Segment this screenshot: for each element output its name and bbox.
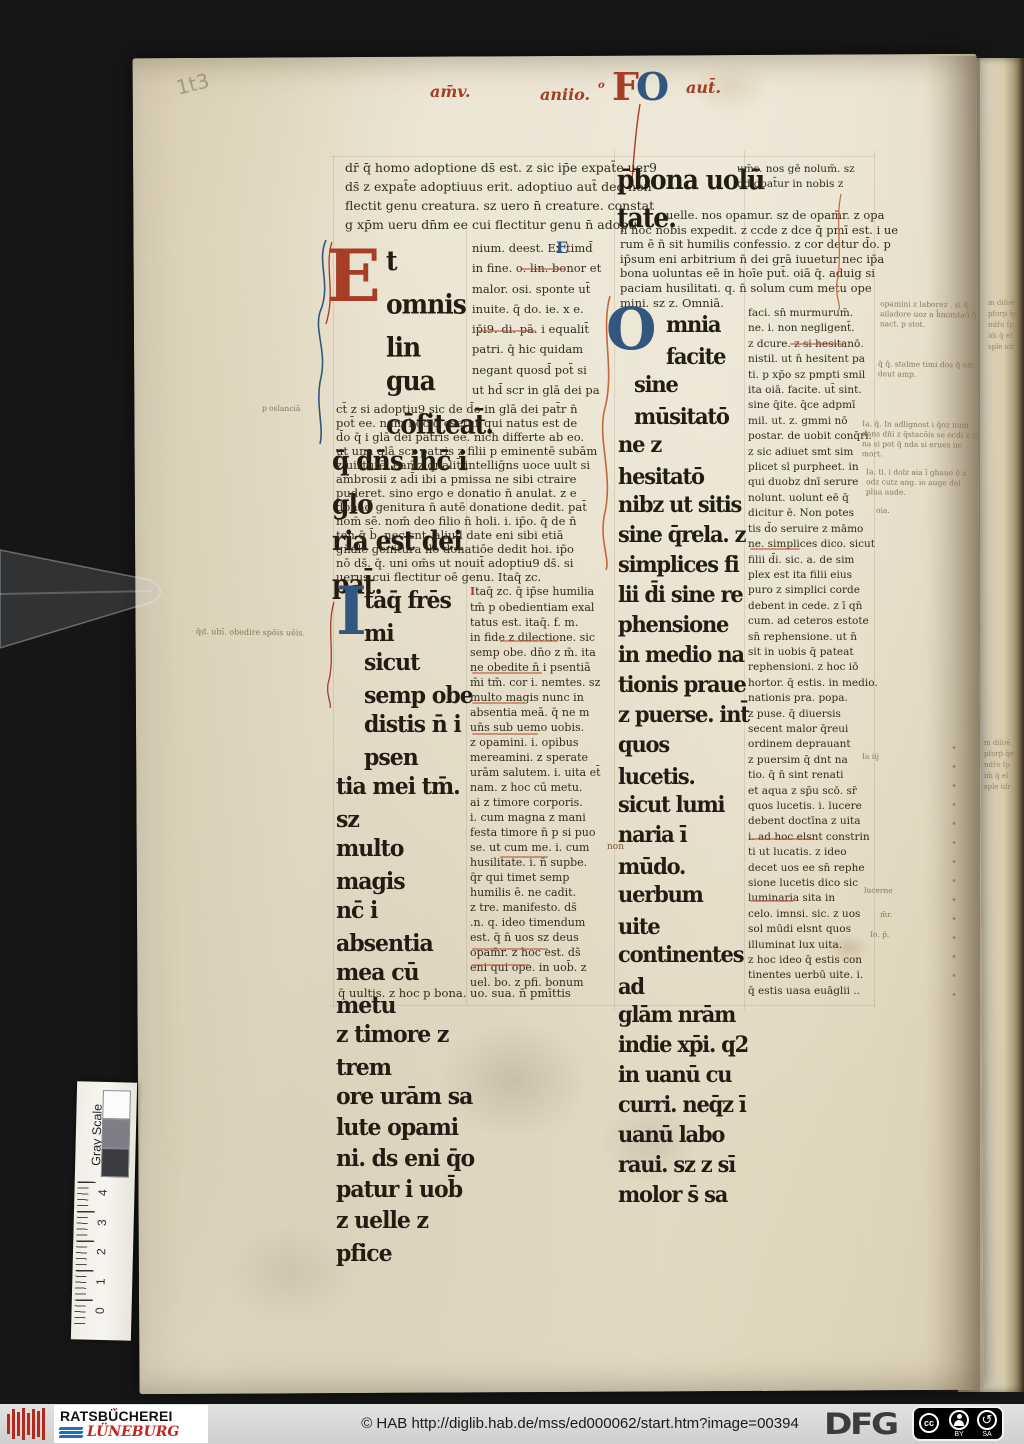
text-line: ndr̄o ſp xyxy=(984,760,1022,771)
text-line: ordinem deprauant xyxy=(748,737,874,752)
text-line: tia mei tm̄. sz xyxy=(336,770,476,837)
text-line: d̄o q̄ i glā dei patris ee. nich differt… xyxy=(336,430,636,444)
marginal-flourish xyxy=(833,192,845,312)
text-line: pforṗ q̄e xyxy=(984,749,1022,760)
page-curve-shadow xyxy=(925,56,980,1392)
text-line: distis n̄ i psen xyxy=(336,708,476,775)
inline-initial-Ex: E xyxy=(556,240,568,256)
text-line: sine mūsitatō xyxy=(618,368,750,433)
text-line: est. q̄ n̄ uos sz deus xyxy=(470,930,625,945)
library-name-line2: LÜNEBURG xyxy=(87,1424,179,1440)
text-line: plex est ita filii eius xyxy=(748,568,874,583)
marginal-note-right: Ia iij xyxy=(862,752,902,763)
text-line: cum. ad ceteros estote xyxy=(748,614,874,629)
text-line: sine q̄ite. q̄ce adpmī xyxy=(748,398,874,413)
text-line: m diſoē xyxy=(984,738,1022,749)
text-line: plicet sl purpheet. in xyxy=(748,460,874,475)
text-line: um̄s. nos gē nolum̄. sz xyxy=(737,162,897,177)
text-line: .n. q. ideo timendum xyxy=(470,915,625,930)
text-line: uanū labo xyxy=(618,1118,750,1150)
cc-by-person-icon xyxy=(949,1410,969,1430)
text-line: molor s̄ sa xyxy=(618,1178,750,1210)
text-line: urām salutem. i. uita et̄ xyxy=(470,765,625,780)
text-line: nc̄ i absentia xyxy=(336,894,476,961)
text-line: raui. sz z sī xyxy=(618,1148,750,1180)
text-line: ne z hesitatō xyxy=(618,428,750,493)
text-line: lii d̄i sine re xyxy=(618,578,750,610)
text-line: ut una glā scr patris z filii p eminentē… xyxy=(336,444,636,458)
text-line: im̄ q̄ el xyxy=(988,331,1022,342)
text-line: hortor. q̄ estis. in medio. xyxy=(748,676,874,691)
text-line: ten q̄ b̄. nec snt. aliud date eni sibi … xyxy=(336,528,636,542)
running-header-right: aut̄. xyxy=(686,78,721,97)
text-line: in uanū cu xyxy=(618,1058,750,1090)
text-line: ct̄ z si adoptiu9 sic de d̄o in glā dei … xyxy=(336,402,636,416)
initial-O-filigree xyxy=(598,292,618,572)
text-line: puderet. sino ergo e donatio n̄ anulat. … xyxy=(336,486,636,500)
ratsbuecherei-bars-icon xyxy=(7,1408,51,1440)
marginal-note-right: Ia. ti. i dolz aia ī gbaue ē z odz cutz … xyxy=(866,467,978,499)
text-line: tinentes uerbū uite. i. xyxy=(748,968,874,983)
ruling-line xyxy=(330,156,875,157)
text-line: pforṗ q̄e xyxy=(988,309,1022,320)
text-line: m̄i tm̄. cor i. nemtes. sz xyxy=(470,675,625,690)
red-underline xyxy=(520,268,566,270)
text-line: z uirtutē. eam̄z qualit̄ intelliḡns uoce… xyxy=(336,458,636,472)
text-line: celo. imnsi. sic. z uos xyxy=(748,907,874,922)
marginal-note-right: opamini z laborez . si q̄. ailadore uoz … xyxy=(880,299,992,331)
marginal-note-right: Ia. q̄. In adlignost i q̄oz num dans dn̄… xyxy=(862,419,981,461)
facing-page-text-fragments: m diſoēpforṗ q̄endr̄o ſpim̄ q̄ elsple id… xyxy=(988,298,1022,558)
text-line: postar. de uobit conq̄ri. xyxy=(748,429,874,444)
text-line: indie xp̄i. q2 xyxy=(618,1028,750,1060)
gloss-column-right-block: faci. sn̄ murmurum̄.ne. i. non negligent… xyxy=(748,306,874,999)
marginal-note-right: Io. p̄. xyxy=(870,930,906,941)
text-line: donad̄ genitura n̄ autē donatione dedit.… xyxy=(336,500,636,514)
text-line: phensione xyxy=(618,608,750,640)
text-line: nistil. ut n̄ hesitent pa xyxy=(748,352,874,367)
text-line: im̄ q̄ el xyxy=(984,771,1022,782)
red-underline xyxy=(472,733,538,735)
text-line: pot̄ ee. nam hoc q̄ csetur qui natus est… xyxy=(336,416,636,430)
red-underline xyxy=(476,330,536,332)
text-line: Itaq̄ zc. q̄ ip̄se humilia xyxy=(470,584,625,600)
text-line: decet uos ee sn̄ rephe xyxy=(748,861,874,876)
running-header-left: am̄v. xyxy=(430,82,471,101)
bible-text-column-left-block2: taq̄ frēs misicut semp obedistis n̄ i ps… xyxy=(336,584,476,1266)
commentary-top-block: dr̄ q̄ homo adoptione ds̄ est. z sic ip̄… xyxy=(345,158,645,234)
marginal-note-right: oia. xyxy=(876,506,916,517)
text-line: nationis pra. popa. xyxy=(748,691,874,706)
text-line: t omnis lin xyxy=(332,240,477,370)
text-line: ne. i. non negligent̄. xyxy=(748,321,874,336)
running-title-initial-blue: O xyxy=(636,68,669,106)
text-line: quos lucetis. i. lucere xyxy=(748,799,874,814)
text-line: z tre. manifesto. ds̄ xyxy=(470,900,625,915)
cc-icon: cc xyxy=(919,1413,939,1433)
text-line: sol mūdi elsnt quos xyxy=(748,922,874,937)
text-line: et aqua z sp̄u scō. sr̄ xyxy=(748,784,874,799)
facing-page-text-fragments: m diſoēpforṗ q̄endr̄o ſpim̄ q̄ elsple id… xyxy=(984,738,1022,1058)
red-underline xyxy=(790,343,844,345)
text-line: simplices fi xyxy=(618,548,750,580)
page-holder-clip xyxy=(0,542,182,660)
text-line: quos lucetis. xyxy=(618,728,750,793)
red-underline xyxy=(750,548,800,550)
text-line: ne. simplices dico. sicut xyxy=(748,537,874,552)
text-line: z puersim q̄ dnt na xyxy=(748,753,874,768)
commentary-mid-block: ct̄ z si adoptiu9 sic de d̄o in glā dei … xyxy=(336,402,636,584)
gray-swatch-mid xyxy=(102,1119,131,1149)
text-line: humilis ē. ne cadit. xyxy=(470,885,625,900)
text-line: ai z timore corporis. xyxy=(470,795,625,810)
text-line: taq̄ frēs mi xyxy=(336,584,476,651)
text-line: continentes ad xyxy=(618,938,750,1003)
text-line: z puerse. int̄ xyxy=(618,698,750,730)
text-line: 1 xyxy=(93,1271,123,1292)
ruler-numbers: 43210 xyxy=(97,1178,121,1326)
running-title-initial-red: F xyxy=(612,68,639,106)
bible-text-column-right-block: mnia facitesine mūsitatōne z hesitatōnib… xyxy=(618,308,750,1208)
text-line: nō ds̄. q̄. uni om̄s ut nouit̄ adoptiu9 … xyxy=(336,556,636,570)
cc-sa-label: SA xyxy=(977,1431,997,1438)
text-line: nolunt. uolunt eē q̄ xyxy=(748,491,874,506)
text-line: secent malor q̄reui xyxy=(748,722,874,737)
gray-swatch-white xyxy=(102,1090,131,1120)
red-underline xyxy=(472,964,530,966)
library-logo: RATSBÜCHEREI ¨ LÜNEBURG xyxy=(54,1405,208,1443)
text-line: dr̄ q̄ homo adoptione ds̄ est. z sic ip̄… xyxy=(345,158,645,177)
text-line: debent doctīna z uita xyxy=(748,814,874,829)
text-line: z sic adiuet smt sim xyxy=(748,445,874,460)
marginal-note-right: lucerne xyxy=(864,886,914,897)
running-header-tiny-letter: o xyxy=(598,80,605,91)
red-underline xyxy=(472,702,524,704)
text-line: semp obe. dn̄o z m̄. ita xyxy=(470,645,625,660)
text-line: curri. neq̄z ī xyxy=(618,1088,750,1120)
text-line: 4 xyxy=(95,1183,125,1204)
text-line: z hoc ideo q̄ estis con xyxy=(748,953,874,968)
text-line: z puse. q̄ diuersis xyxy=(748,707,874,722)
text-line: ore urām sa xyxy=(336,1080,476,1113)
text-line: g xp̄m ueru dn̄m ee cui flectitur genu n… xyxy=(345,215,645,234)
red-underline xyxy=(750,838,814,840)
text-line: z timore z trem xyxy=(336,1018,476,1085)
text-line: uel. bo. z pfi. bonum xyxy=(470,975,625,990)
text-line: q̄r qui timet semp xyxy=(470,870,625,885)
text-line: q̄ estis uasa euāglii .. xyxy=(748,984,874,999)
text-line: sple idr xyxy=(984,782,1022,793)
text-line: sit in uobis q̄ pateat xyxy=(748,645,874,660)
text-line: absentia meā. q̄ ne m xyxy=(470,705,625,720)
text-line: dd opat̄ur in nobis z xyxy=(737,177,897,192)
text-line: sione lucetis dico sic xyxy=(748,876,874,891)
text-line: eni qui ope. in uob̄. z xyxy=(470,960,625,975)
text-line: sine q̄rela. z xyxy=(618,518,750,550)
text-line: tatus est. itaq̄. f. m. xyxy=(470,615,625,630)
text-line: ds̄ z expat̄e adoptiuus erit. adoptiuo a… xyxy=(345,177,645,196)
text-line: puro z simplici corde xyxy=(748,583,874,598)
text-line: ni. ds eni q̄o xyxy=(336,1142,476,1175)
text-line: flectit genu creatura. sz uero n̄ creatu… xyxy=(345,196,645,215)
text-line: mereamini. z sperate xyxy=(470,750,625,765)
text-line: nam. z hoc cū metu. xyxy=(470,780,625,795)
text-line: filii d̄i. sic. a. de sim xyxy=(748,553,874,568)
gray-swatch-dark xyxy=(101,1148,130,1178)
text-line: ndr̄o ſp xyxy=(988,320,1022,331)
gray-scale-ruler: Gray Scale 43210 xyxy=(71,1081,137,1340)
text-line: lute opami xyxy=(336,1111,476,1144)
text-line: nom̄ sē. nom̄ deo filio n̄ holi. i. ip̄o… xyxy=(336,514,636,528)
text-line: 2 xyxy=(94,1242,124,1263)
copyright-url-text: © HAB http://diglib.hab.de/mss/ed000062/… xyxy=(361,1415,799,1432)
text-line: uerbum uite xyxy=(618,878,750,943)
text-line: ambrosii z ad̄i ibi a pmissa ne sibi ctr… xyxy=(336,472,636,486)
text-line: mnia facite xyxy=(618,308,750,373)
text-line: sn̄ rephensione. ut n̄ xyxy=(748,630,874,645)
running-header-center: aniio. xyxy=(540,85,590,104)
text-line: festa timore n̄ p si puo xyxy=(470,825,625,840)
text-line: 3 xyxy=(95,1212,125,1233)
cc-by-label: BY xyxy=(949,1431,969,1438)
cc-sa-arrow-icon: ↺ xyxy=(977,1410,997,1430)
marginal-note-left: q̄d. ubī. obedire spōis uēis. xyxy=(196,627,336,639)
text-line: glām nrām xyxy=(618,998,750,1030)
text-line: multo magis xyxy=(336,832,476,899)
red-underline xyxy=(750,900,794,902)
text-line: ita oiā. facite. ut̄ sint. xyxy=(748,383,874,398)
text-line: tio. q̄ n̄ sint renati xyxy=(748,768,874,783)
red-underline xyxy=(472,948,548,950)
marginal-note-right: m̄r. xyxy=(880,910,910,920)
text-line: z uelle z pfice xyxy=(336,1204,476,1271)
red-underline xyxy=(500,856,548,858)
text-line: z opamini. i. opibus xyxy=(470,735,625,750)
text-line: qui duobz dnī serure xyxy=(748,475,874,490)
text-line: sicut semp obe xyxy=(336,646,476,713)
text-line: in medio na xyxy=(618,638,750,670)
text-line: sple idr xyxy=(988,342,1022,353)
red-underline xyxy=(500,640,558,642)
text-line: tm̄ p obedientiam exal xyxy=(470,600,625,615)
text-line: sicut lumi xyxy=(618,788,750,820)
text-line: nium. deest. Ex timd̄ xyxy=(472,238,624,258)
scan-viewport: m diſoēpforṗ q̄endr̄o ſpim̄ q̄ elsple id… xyxy=(0,0,1024,1444)
text-line: naria ī mūdo. xyxy=(618,818,750,883)
red-umlaut-dots: ¨ xyxy=(113,1405,117,1420)
text-line: in fide z dilectione. sic xyxy=(470,630,625,645)
text-line: ti ut lucatis. z ideo xyxy=(748,845,874,860)
text-line: i. cum magna z mani xyxy=(470,810,625,825)
text-line: gn̄ale genitura ilo donatiōe dedit hoi. … xyxy=(336,542,636,556)
footer-bar: RATSBÜCHEREI ¨ LÜNEBURG © HAB http://dig… xyxy=(0,1404,1024,1444)
text-line: illuminat lux uita. xyxy=(748,938,874,953)
text-line: faci. sn̄ murmurum̄. xyxy=(748,306,874,321)
pricking-holes xyxy=(952,738,956,1010)
interlinear-gloss-non: non xyxy=(607,842,624,852)
text-line: patur i uob̄ xyxy=(336,1173,476,1206)
cc-license-badge: cc ↺ BY SA xyxy=(912,1406,1004,1441)
dfg-logo: DFG xyxy=(824,1407,897,1441)
gloss-column-center-block2: Itaq̄ zc. q̄ ip̄se humiliatm̄ p obedient… xyxy=(470,584,625,990)
text-line: tis d̄o seruire z māmo xyxy=(748,522,874,537)
marginal-note-right: q̄ q̄. stalme timi dos q̄ om deut amp. xyxy=(878,359,988,381)
text-line: se. ut cum me. i. cum xyxy=(470,840,625,855)
red-underline xyxy=(472,672,542,674)
text-line: dicitur ē. Non potes xyxy=(748,506,874,521)
text-line: uerus cui flectitur oē genu. Itaq̄ zc. xyxy=(336,570,636,584)
gloss-column-right-top: um̄s. nos gē nolum̄. szdd opat̄ur in nob… xyxy=(737,162,897,192)
text-line: mil. ut. z. gmmi nō xyxy=(748,414,874,429)
text-line: m diſoē xyxy=(988,298,1022,309)
text-line: rephensioni. z hoc iō xyxy=(748,660,874,675)
text-line: nibz ut sitis xyxy=(618,488,750,520)
text-line: 0 xyxy=(93,1301,123,1322)
text-line: ti. p xp̄o sz pmpti smil xyxy=(748,368,874,383)
text-line: tionis praue xyxy=(618,668,750,700)
text-line: debent in cede. z ī qn̄ xyxy=(748,599,874,614)
marginal-note-left: p oslanciā xyxy=(262,404,322,415)
book-waves-icon xyxy=(59,1427,83,1441)
